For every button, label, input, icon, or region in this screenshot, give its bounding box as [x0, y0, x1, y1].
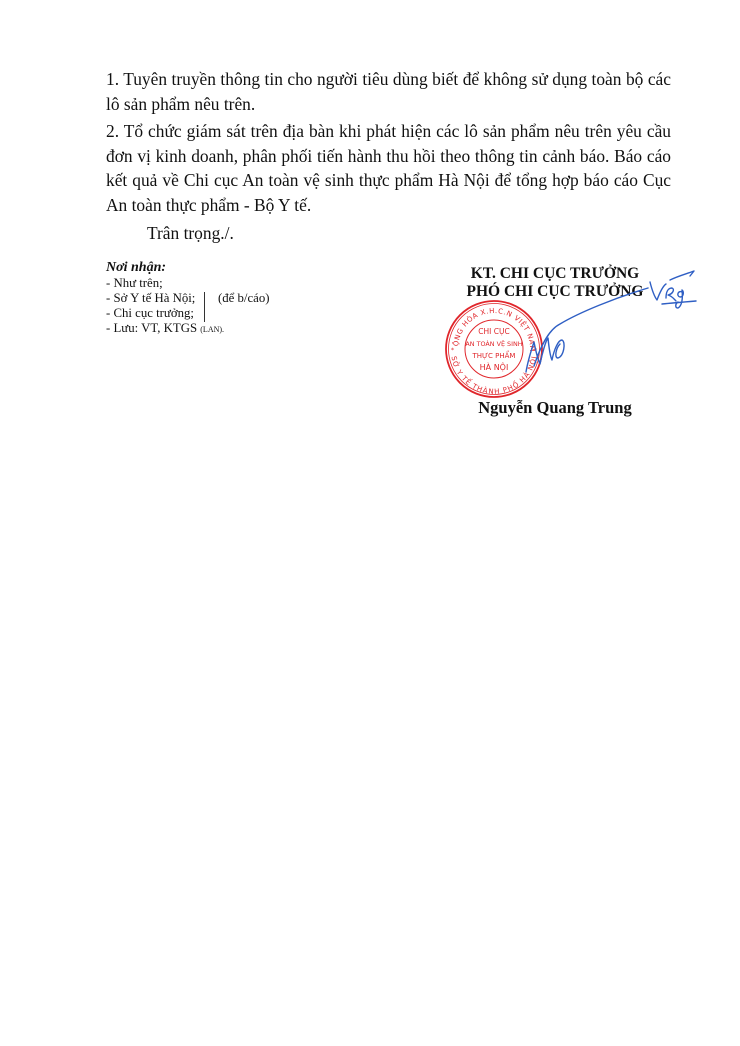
recipients-title: Nơi nhận:	[106, 260, 224, 276]
recipient-item-storage: - Lưu: VT, KTGS (LAN).	[106, 321, 224, 337]
recipient-item: - Như trên;	[106, 276, 224, 291]
paragraph-instruction-1: 1. Tuyên truyền thông tin cho người tiêu…	[106, 67, 671, 116]
recipients-block: Nơi nhận: - Như trên; - Sở Y tế Hà Nội; …	[106, 260, 224, 337]
recipients-bracket	[204, 292, 205, 322]
signer-name: Nguyễn Quang Trung	[455, 398, 655, 418]
handwritten-signature-icon	[520, 268, 700, 378]
recipient-item: - Chi cục trưởng;	[106, 306, 224, 321]
stamp-line-1: CHI CỤC	[478, 327, 509, 336]
recipient-storage-suffix: (LAN).	[200, 325, 224, 334]
recipient-storage-text: - Lưu: VT, KTGS	[106, 321, 197, 335]
document-page: 1. Tuyên truyền thông tin cho người tiêu…	[0, 0, 740, 1046]
stamp-line-4: HÀ NỘI	[480, 361, 509, 372]
stamp-line-2: AN TOÀN VỆ SINH	[465, 339, 522, 348]
closing-text: Trân trọng./.	[147, 221, 234, 245]
stamp-line-3: THỰC PHẨM	[472, 350, 516, 360]
svg-text:*: *	[451, 347, 454, 354]
recipients-bracket-note: (để b/cáo)	[218, 291, 270, 306]
paragraph-instruction-2: 2. Tổ chức giám sát trên địa bàn khi phá…	[106, 119, 671, 217]
recipient-item: - Sở Y tế Hà Nội;	[106, 291, 224, 306]
